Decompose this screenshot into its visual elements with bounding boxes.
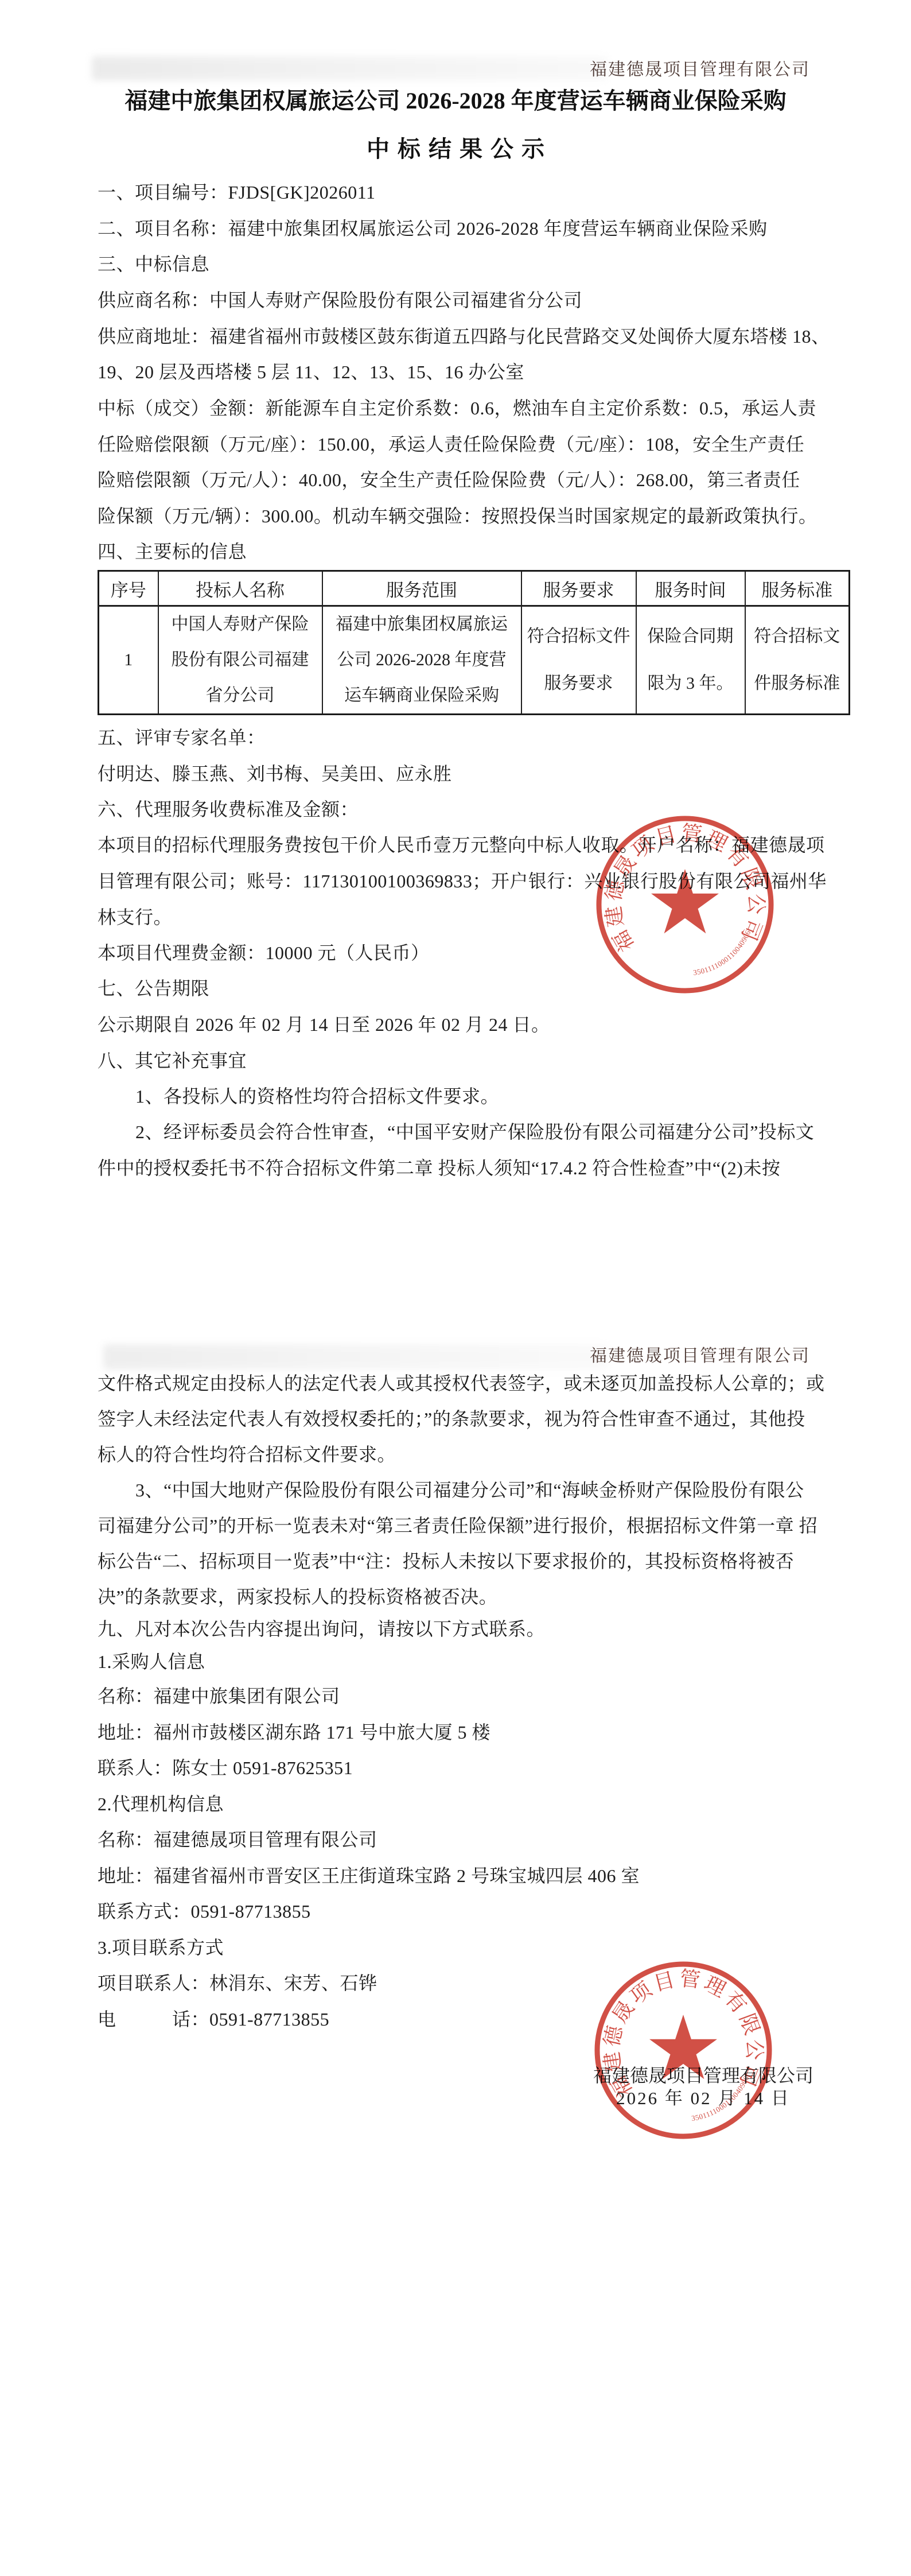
table-row: 1 中国人寿财产保险 股份有限公司福建 省分公司 福建中旅集团权属旅运 公司 2… [99,606,850,715]
text-line: 险保额（万元/辆）：300.00。机动车辆交强险：按照投保当时国家规定的最新政策… [98,503,817,529]
page-subtitle: 中标结果公示 [0,135,911,163]
col-header-bidder: 投标人名称 [158,571,322,606]
cell-requirement: 符合招标文件 服务要求 [521,606,636,715]
text-line: 2.代理机构信息 [98,1791,224,1817]
text-line: 标公告“二、招标项目一览表”中“注：投标人未按以下要求报价的，其投标资格将被否 [98,1549,794,1574]
text-line: 名称：福建德晟项目管理有限公司 [98,1827,377,1852]
text-line: 19、20 层及西塔楼 5 层 11、12、13、15、16 办公室 [98,359,524,385]
bid-result-table: 序号 投标人名称 服务范围 服务要求 服务时间 服务标准 1 中国人寿财产保险 … [98,570,850,715]
text-line: 三、中标信息 [98,251,209,277]
table-header-row: 序号 投标人名称 服务范围 服务要求 服务时间 服务标准 [99,571,850,606]
cell-time: 保险合同期 限为 3 年。 [636,606,745,715]
col-header-time: 服务时间 [636,571,745,606]
text-line: 标人的符合性均符合招标文件要求。 [98,1442,396,1467]
text-line: 电 话：0591-87713855 [98,2007,329,2032]
text-line: 供应商名称：中国人寿财产保险股份有限公司福建省分公司 [98,288,582,313]
seal-star-icon [651,869,719,933]
text-line: 付明达、滕玉燕、刘书梅、吴美田、应永胜 [98,761,452,786]
text-line: 联系人：陈女士 0591-87625351 [98,1755,353,1780]
text-line: 险赔偿限额（万元/人）：40.00，安全生产责任险保险费（元/人）：268.00… [98,467,800,492]
text-line: 决”的条款要求，两家投标人的投标资格被否决。 [98,1584,497,1609]
col-header-standard: 服务标准 [745,571,850,606]
col-header-scope: 服务范围 [322,571,521,606]
text-line: 3、“中国大地财产保险股份有限公司福建分公司”和“海峡金桥财产保险股份有限公 [135,1477,804,1503]
seal-star-icon [649,2015,717,2079]
text-line: 地址：福建省福州市晋安区王庄街道珠宝路 2 号珠宝城四层 406 室 [98,1863,640,1888]
company-seal: 福建德晟项目管理有限公司 3501111000110040906 [586,1953,781,2148]
text-line: 二、项目名称：福建中旅集团权属旅运公司 2026-2028 年度营运车辆商业保险… [98,216,768,241]
text-line: 司福建分公司”的开标一览表未对“第三者责任险保额”进行报价，根据招标文件第一章 … [98,1513,817,1538]
scan-smudge [92,56,608,80]
cell-scope: 福建中旅集团权属旅运 公司 2026-2028 年度营 运车辆商业保险采购 [322,606,521,715]
scanned-document: 福建德晟项目管理有限公司 福建中旅集团权属旅运公司 2026-2028 年度营运… [0,0,911,2576]
col-header-no: 序号 [99,571,158,606]
cell-bidder: 中国人寿财产保险 股份有限公司福建 省分公司 [158,606,322,715]
text-line: 3.项目联系方式 [98,1935,224,1960]
page-title: 福建中旅集团权属旅运公司 2026-2028 年度营运车辆商业保险采购 [0,87,911,115]
text-line: 四、主要标的信息 [98,539,247,564]
text-line: 九、凡对本次公告内容提出询问，请按以下方式联系。 [98,1616,545,1642]
text-line: 签字人未经法定代表人有效授权委托的；”的条款要求，视为符合性审查不通过，其他投 [98,1406,805,1431]
col-header-requirement: 服务要求 [521,571,636,606]
text-line: 五、评审专家名单： [98,725,266,750]
text-line: 件中的授权委托书不符合招标文件第二章 投标人须知“17.4.2 符合性检查”中“… [98,1155,780,1181]
letterhead-company: 福建德晟项目管理有限公司 [590,60,810,80]
company-seal: 福建德晟项目管理有限公司 3501111000110040906 [587,807,782,1002]
text-line: 公示期限自 2026 年 02 月 14 日至 2026 年 02 月 24 日… [98,1012,550,1037]
text-line: 2、经评标委员会符合性审查，“中国平安财产保险股份有限公司福建分公司”投标文 [135,1119,814,1145]
text-line: 七、公告期限 [98,976,209,1001]
text-line: 中标（成交）金额：新能源车自主定价系数：0.6，燃油车自主定价系数：0.5，承运… [98,395,816,421]
text-line: 1、各投标人的资格性均符合招标文件要求。 [135,1084,499,1109]
text-line: 项目联系人：林涓东、宋芳、石铧 [98,1970,377,1996]
letterhead-company: 福建德晟项目管理有限公司 [590,1346,810,1367]
cell-no: 1 [99,606,158,715]
text-line: 任险赔偿限额（万元/座）：150.00，承运人责任险保险费（元/座）：108，安… [98,432,804,457]
text-line: 本项目代理费金额：10000 元（人民币） [98,940,430,965]
text-line: 地址：福州市鼓楼区湖东路 171 号中旅大厦 5 楼 [98,1720,490,1745]
text-line: 文件格式规定由投标人的法定代表人或其授权代表签字，或未逐页加盖投标人公章的；或 [98,1371,825,1396]
text-line: 一、项目编号：FJDS[GK]2026011 [98,180,376,205]
text-line: 林支行。 [98,905,172,930]
cell-standard: 符合招标文 件服务标准 [745,606,850,715]
text-line: 供应商地址：福建省福州市鼓楼区鼓东街道五四路与化民营路交叉处闽侨大厦东塔楼 18… [98,324,830,349]
text-line: 名称：福建中旅集团有限公司 [98,1683,340,1709]
text-line: 联系方式：0591-87713855 [98,1899,311,1924]
text-line: 1.采购人信息 [98,1649,205,1674]
scan-smudge [103,1344,608,1370]
text-line: 八、其它补充事宜 [98,1048,247,1073]
text-line: 六、代理服务收费标准及金额： [98,797,359,822]
